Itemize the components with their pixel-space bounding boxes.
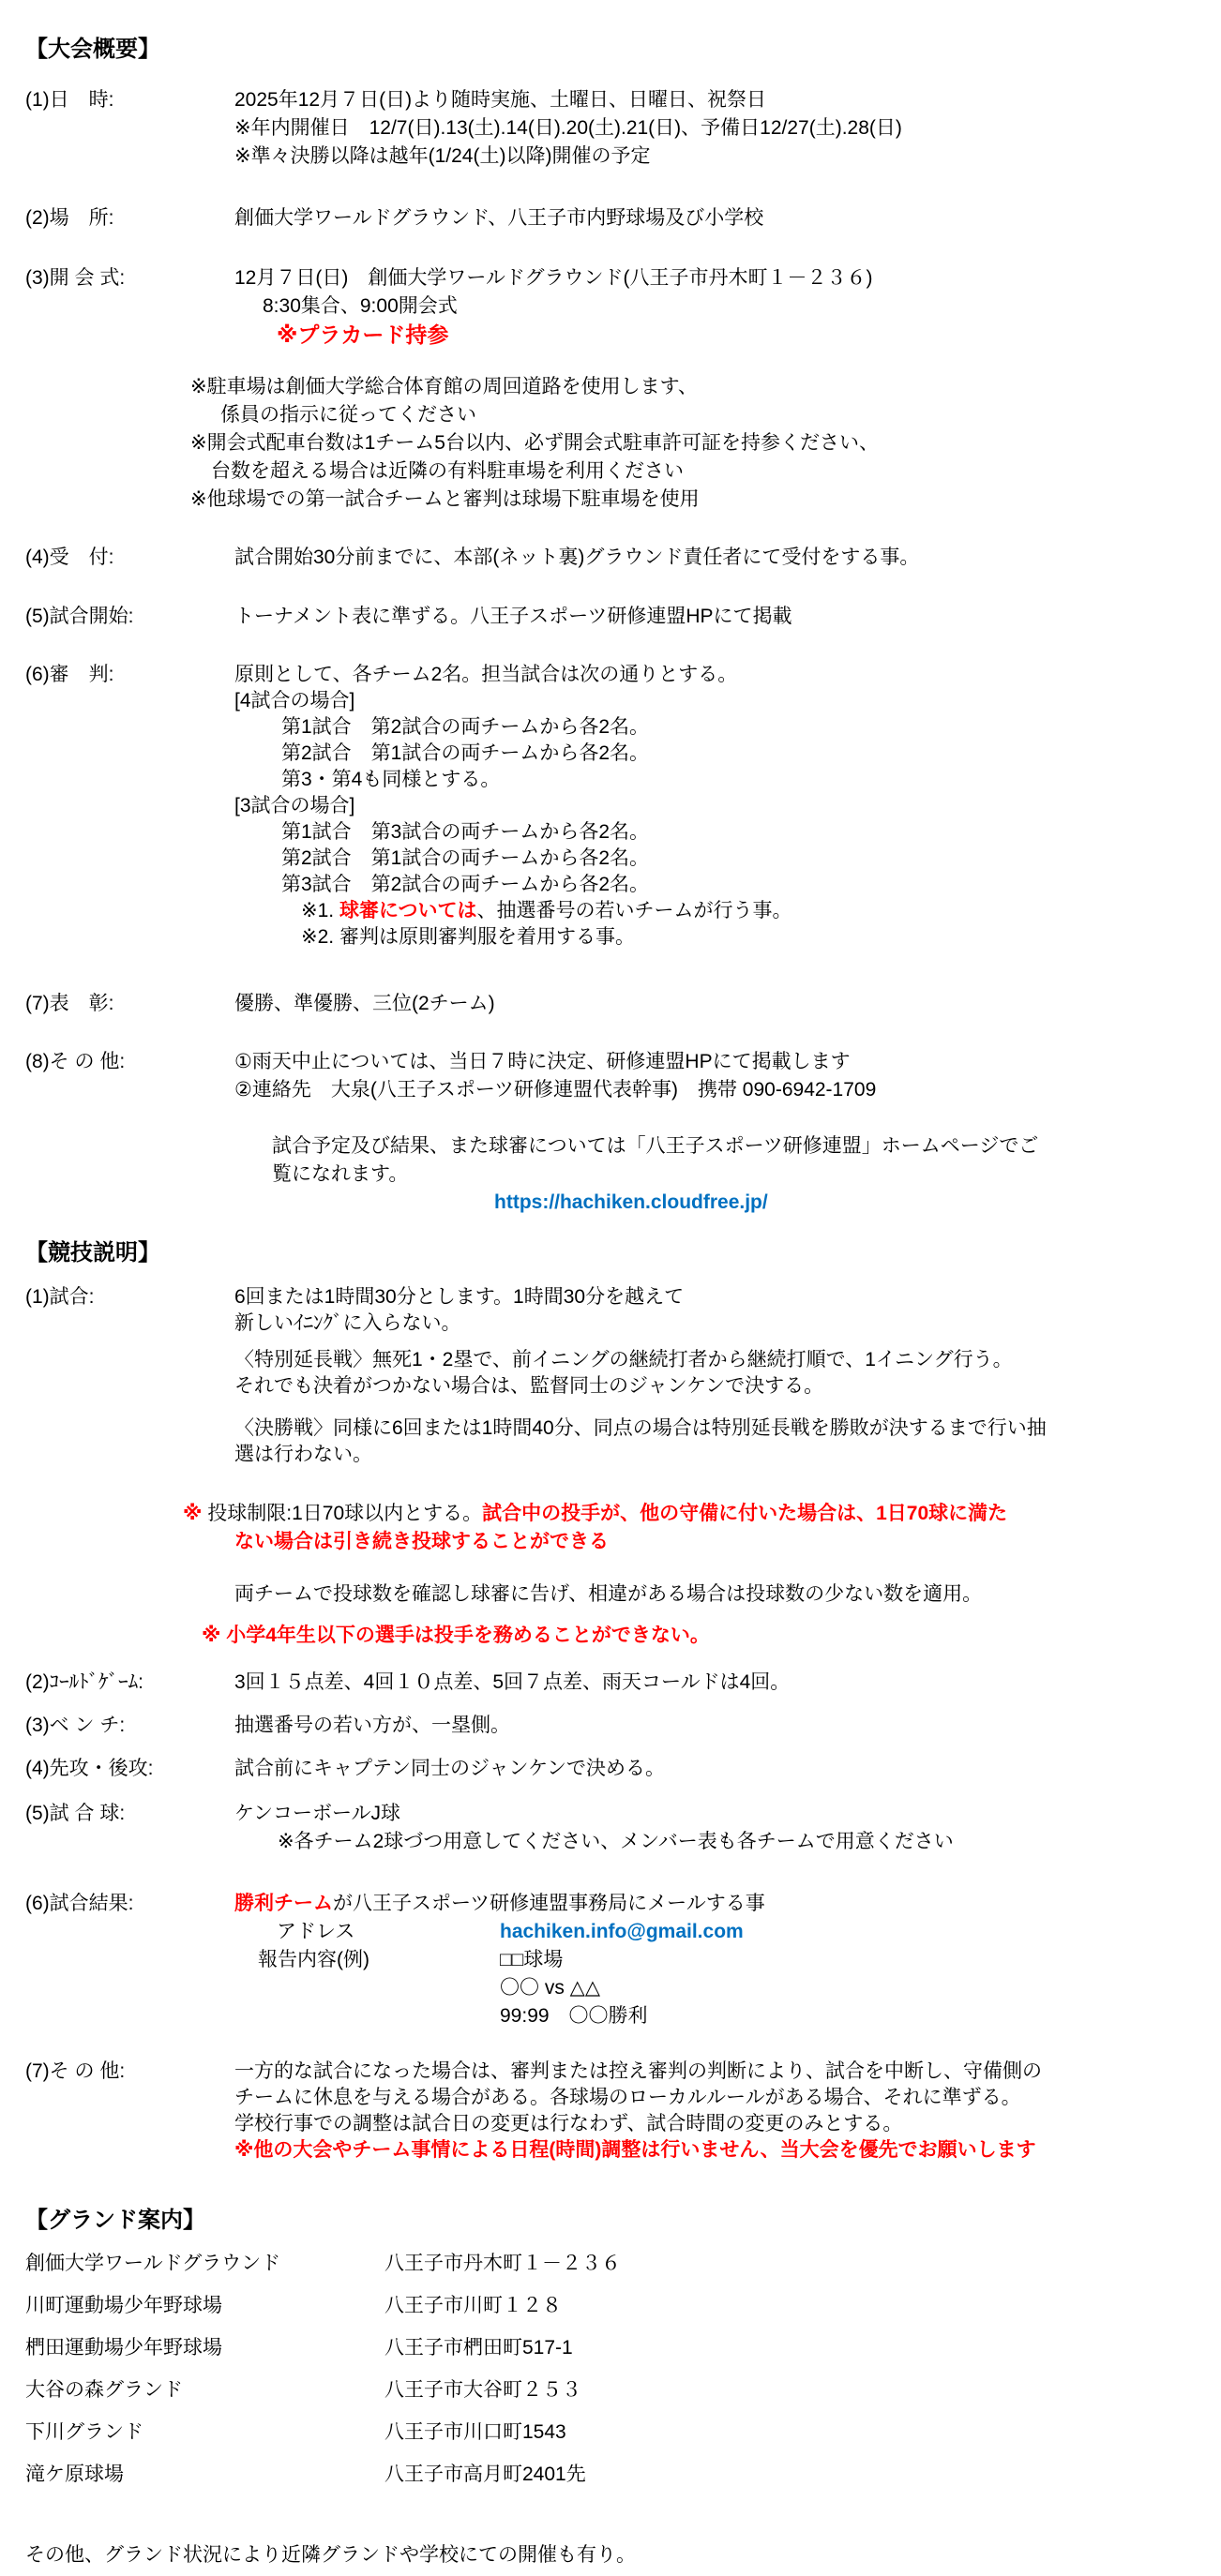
item-label: (1)日 時: xyxy=(25,86,234,171)
report-example: 99:99 〇〇勝利 xyxy=(500,2002,648,2030)
text-segment: ※1. xyxy=(301,900,339,921)
highlight-red: ※ xyxy=(183,1503,207,1524)
item-game-start: (5)試合開始: トーナメント表に準ずる。八王子スポーツ研修連盟HPにて掲載 xyxy=(25,603,1221,631)
text-line: トーナメント表に準ずる。八王子スポーツ研修連盟HPにて掲載 xyxy=(234,603,1221,631)
highlight-red: 球審については xyxy=(339,900,477,921)
highlight-red: 試合中の投手が、他の守備に付いた場合は、1日70球に満た xyxy=(482,1503,1007,1524)
text-line: それでも決着がつかない場合は、監督同士のジャンケンで決する。 xyxy=(25,1373,1221,1400)
ground-address: 八王子市川町１２８ xyxy=(384,2292,562,2320)
text-segment: が八王子スポーツ研修連盟事務局にメールする事 xyxy=(333,1893,765,1914)
text-line: [4試合の場合] xyxy=(234,688,1221,714)
text-line: ※他球場での第一試合チームと審判は球場下駐車場を使用 xyxy=(25,486,1221,514)
item-bench: (3)ベ ン チ: 抽選番号の若い方が、一塁側。 xyxy=(25,1712,1221,1740)
homepage-link[interactable]: https://hachiken.cloudfree.jp/ xyxy=(494,1191,768,1213)
young-pitcher-rule: ※ 小学4年生以下の選手は投手を務めることができない。 xyxy=(25,1622,1221,1650)
text-line: ※年内開催日 12/7(日).13(土).14(日).20(土).21(日)、予… xyxy=(234,114,1221,142)
text-line: ①雨天中止については、当日７時に決定、研修連盟HPにて掲載します xyxy=(234,1048,1221,1076)
item-label: (6)審 判: xyxy=(25,662,234,951)
text-segment: 投球制限:1日70球以内とする。 xyxy=(207,1503,482,1524)
text-line: 第2試合 第1試合の両チームから各2名。 xyxy=(234,846,1221,872)
text-line: 試合開始30分前までに、本部(ネット裏)グラウンド責任者にて受付をする事。 xyxy=(234,544,1221,572)
item-label: (5)試 合 球: xyxy=(25,1800,234,1828)
ground-name: 滝ケ原球場 xyxy=(25,2461,384,2489)
address-label: アドレス xyxy=(258,1918,500,1946)
item-called-game: (2)ｺｰﾙﾄﾞｹﾞｰﾑ: 3回１５点差、4回１０点差、5回７点差、雨天コールド… xyxy=(25,1669,1221,1697)
item-label: (2)場 所: xyxy=(25,204,234,232)
ball-note: ※各チーム2球づつ用意してください、メンバー表も各チームで用意ください xyxy=(25,1828,1221,1856)
text-line: 第3試合 第2試合の両チームから各2名。 xyxy=(234,872,1221,898)
text-line: 覧になれます。 xyxy=(25,1161,1221,1189)
text-line: 新しいｲﾆﾝｸﾞに入らない。 xyxy=(234,1310,1221,1337)
result-report-row: 99:99 〇〇勝利 xyxy=(25,2002,1221,2030)
item-opening-ceremony: (3)開 会 式: 12月７日(日) 創価大学ワールドグラウンド(八王子市丹木町… xyxy=(25,264,1221,292)
text-line: [3試合の場合] xyxy=(234,793,1221,819)
item-label: (2)ｺｰﾙﾄﾞｹﾞｰﾑ: xyxy=(25,1669,234,1697)
report-example: □□球場 xyxy=(500,1946,563,1974)
item-label: (4)受 付: xyxy=(25,544,234,572)
text-line: ※準々決勝以降は越年(1/24(土)以降)開催の予定 xyxy=(234,142,1221,171)
result-report-row: 〇〇 vs △△ xyxy=(25,1974,1221,2002)
ground-row: 下川グランド 八王子市川口町1543 xyxy=(25,2419,1221,2447)
ground-row: 大谷の森グランド 八王子市大谷町２５３ xyxy=(25,2376,1221,2404)
report-label-spacer xyxy=(258,1974,500,2002)
text-line: 第2試合 第1試合の両チームから各2名。 xyxy=(234,741,1221,767)
ground-row: 椚田運動場少年野球場 八王子市椚田町517-1 xyxy=(25,2334,1221,2362)
item-label: (8)そ の 他: xyxy=(25,1048,234,1104)
hp-paragraph: 試合予定及び結果、また球審については「八王子スポーツ研修連盟」ホームページでご … xyxy=(25,1132,1221,1189)
ground-name: 椚田運動場少年野球場 xyxy=(25,2334,384,2362)
extra-inning-note: 〈特別延長戦〉無死1・2塁で、前イニングの継続打者から継続打順で、1イニング行う… xyxy=(25,1347,1221,1400)
text-line: 学校行事での調整は試合日の変更は行なわず、試合時間の変更のみとする。 xyxy=(234,2111,1221,2137)
text-line: 試合前にキャプテン同士のジャンケンで決める。 xyxy=(234,1755,1221,1783)
item-label: (1)試合: xyxy=(25,1284,234,1337)
text-line: 12月７日(日) 創価大学ワールドグラウンド(八王子市丹木町１－２３６) xyxy=(234,264,1221,292)
item-label: (6)試合結果: xyxy=(25,1890,234,1918)
text-line: 一方的な試合になった場合は、審判または控え審判の判断により、試合を中断し、守備側… xyxy=(234,2059,1221,2085)
result-report-row: 報告内容(例) □□球場 xyxy=(25,1946,1221,1974)
report-example: 〇〇 vs △△ xyxy=(500,1974,600,2002)
text-line: 選は行わない。 xyxy=(25,1442,1221,1468)
item-label: (4)先攻・後攻: xyxy=(25,1755,234,1783)
text-line: ケンコーボールJ球 xyxy=(234,1800,1221,1828)
ground-address: 八王子市大谷町２５３ xyxy=(384,2376,581,2404)
item-game-result: (6)試合結果: 勝利チームが八王子スポーツ研修連盟事務局にメールする事 xyxy=(25,1890,1221,1918)
item-label: (3)開 会 式: xyxy=(25,264,234,292)
final-game-note: 〈決勝戦〉同様に6回または1時間40分、同点の場合は特別延長戦を勝敗が決するまで… xyxy=(25,1415,1221,1468)
grounds-footer-note: その他、グランド状況により近隣グランドや学校にての開催も有り。 xyxy=(25,2541,1221,2569)
text-line: 優勝、準優勝、三位(2チーム) xyxy=(234,990,1221,1018)
ground-address: 八王子市高月町2401先 xyxy=(384,2461,586,2489)
text-line: 3回１５点差、4回１０点差、5回７点差、雨天コールドは4回。 xyxy=(234,1669,1221,1697)
report-label-spacer xyxy=(258,2002,500,2030)
text-line: 6回または1時間30分とします。1時間30分を越えて xyxy=(234,1284,1221,1310)
item-datetime: (1)日 時: 2025年12月７日(日)より随時実施、土曜日、日曜日、祝祭日 … xyxy=(25,86,1221,171)
text-line: 抽選番号の若い方が、一塁側。 xyxy=(234,1712,1221,1740)
text-line: チームに休息を与える場合がある。各球場のローカルルールがある場合、それに準ずる。 xyxy=(234,2085,1221,2111)
item-place: (2)場 所: 創価大学ワールドグラウンド、八王子市内野球場及び小学校 xyxy=(25,204,1221,232)
text-line: 第3・第4も同様とする。 xyxy=(234,767,1221,793)
pitch-limit-line: ※ 投球制限:1日70球以内とする。試合中の投手が、他の守備に付いた場合は、1日… xyxy=(183,1500,1221,1528)
item-label: (3)ベ ン チ: xyxy=(25,1712,234,1740)
text-line: 〈決勝戦〉同様に6回または1時間40分、同点の場合は特別延長戦を勝敗が決するまで… xyxy=(25,1415,1221,1442)
text-segment: 、抽選番号の若いチームが行う事。 xyxy=(477,900,792,921)
text-line: 〈特別延長戦〉無死1・2塁で、前イニングの継続打者から継続打順で、1イニング行う… xyxy=(25,1347,1221,1373)
result-main-line: 勝利チームが八王子スポーツ研修連盟事務局にメールする事 xyxy=(234,1890,1221,1918)
email-link[interactable]: hachiken.info@gmail.com xyxy=(500,1918,744,1946)
text-line: 創価大学ワールドグラウンド、八王子市内野球場及び小学校 xyxy=(234,204,1221,232)
highlight-red: 勝利チーム xyxy=(234,1893,333,1914)
ground-address: 八王子市椚田町517-1 xyxy=(384,2334,573,2362)
text-line: 2025年12月７日(日)より随時実施、土曜日、日曜日、祝祭日 xyxy=(234,86,1221,114)
pitch-limit-note: ※ 投球制限:1日70球以内とする。試合中の投手が、他の守備に付いた場合は、1日… xyxy=(25,1500,1221,1556)
grounds-list: 創価大学ワールドグラウンド 八王子市丹木町１－２３６ 川町運動場少年野球場 八王… xyxy=(25,2250,1221,2489)
item-rules-others: (7)そ の 他: 一方的な試合になった場合は、審判または控え審判の判断により、… xyxy=(25,2059,1221,2164)
overview-heading: 【大会概要】 xyxy=(25,34,1221,66)
report-label: 報告内容(例) xyxy=(258,1946,500,1974)
grounds-heading: 【グランド案内】 xyxy=(25,2205,1221,2237)
text-line: 第1試合 第2試合の両チームから各2名。 xyxy=(234,714,1221,741)
schedule-priority-warning: ※他の大会やチーム事情による日程(時間)調整は行いません、当大会を優先でお願いし… xyxy=(234,2137,1221,2164)
ground-name: 創価大学ワールドグラウンド xyxy=(25,2250,384,2278)
text-line: 第1試合 第3試合の両チームから各2名。 xyxy=(234,819,1221,846)
ground-row: 創価大学ワールドグラウンド 八王子市丹木町１－２３６ xyxy=(25,2250,1221,2278)
text-line: 係員の指示に従ってください xyxy=(25,401,1221,429)
rules-heading: 【競技説明】 xyxy=(25,1237,1221,1269)
ground-row: 川町運動場少年野球場 八王子市川町１２８ xyxy=(25,2292,1221,2320)
ground-name: 下川グランド xyxy=(25,2419,384,2447)
text-line: 台数を超える場合は近隣の有料駐車場を利用ください xyxy=(25,457,1221,486)
parking-notes: ※駐車場は創価大学総合体育館の周回道路を使用します、 係員の指示に従ってください… xyxy=(25,373,1221,514)
text-line: ※駐車場は創価大学総合体育館の周回道路を使用します、 xyxy=(25,373,1221,401)
placard-warning: ※プラカード持参 xyxy=(25,321,1221,349)
pitch-count-confirm: 両チームで投球数を確認し球審に告げ、相違がある場合は投球数の少ない数を適用。 xyxy=(25,1580,1221,1609)
ground-address: 八王子市川口町1543 xyxy=(384,2419,566,2447)
homepage-link-row: https://hachiken.cloudfree.jp/ xyxy=(25,1189,1221,1217)
item-label: (7)表 彰: xyxy=(25,990,234,1018)
text-line: 原則として、各チーム2名。担当試合は次の通りとする。 xyxy=(234,662,1221,688)
item-game-ball: (5)試 合 球: ケンコーボールJ球 xyxy=(25,1800,1221,1828)
ground-address: 八王子市丹木町１－２３６ xyxy=(384,2250,621,2278)
ground-name: 川町運動場少年野球場 xyxy=(25,2292,384,2320)
document: 【大会概要】 (1)日 時: 2025年12月７日(日)より随時実施、土曜日、日… xyxy=(0,0,1221,2569)
text-line: ※開会式配車台数は1チーム5台以内、必ず開会式駐車許可証を持参ください、 xyxy=(25,429,1221,457)
item-game: (1)試合: 6回または1時間30分とします。1時間30分を越えて 新しいｲﾆﾝ… xyxy=(25,1284,1221,1337)
item-batting-order: (4)先攻・後攻: 試合前にキャプテン同士のジャンケンで決める。 xyxy=(25,1755,1221,1783)
item-label: (7)そ の 他: xyxy=(25,2059,234,2164)
item-label: (5)試合開始: xyxy=(25,603,234,631)
text-line: 8:30集合、9:00開会式 xyxy=(25,292,1221,321)
text-line: ②連絡先 大泉(八王子スポーツ研修連盟代表幹事) 携帯 090-6942-170… xyxy=(234,1076,1221,1104)
text-line: 試合予定及び結果、また球審については「八王子スポーツ研修連盟」ホームページでご xyxy=(25,1132,1221,1161)
pitch-limit-line: ない場合は引き続き投球することができる xyxy=(183,1528,1221,1556)
item-reception: (4)受 付: 試合開始30分前までに、本部(ネット裏)グラウンド責任者にて受付… xyxy=(25,544,1221,572)
umpire-note-2: ※2. 審判は原則審判服を着用する事。 xyxy=(234,924,1221,951)
umpire-note-1: ※1. 球審については、抽選番号の若いチームが行う事。 xyxy=(234,898,1221,924)
ground-name: 大谷の森グランド xyxy=(25,2376,384,2404)
item-others: (8)そ の 他: ①雨天中止については、当日７時に決定、研修連盟HPにて掲載し… xyxy=(25,1048,1221,1104)
result-address-row: アドレス hachiken.info@gmail.com xyxy=(25,1918,1221,1946)
item-umpires: (6)審 判: 原則として、各チーム2名。担当試合は次の通りとする。 [4試合の… xyxy=(25,662,1221,951)
ground-row: 滝ケ原球場 八王子市高月町2401先 xyxy=(25,2461,1221,2489)
item-awards: (7)表 彰: 優勝、準優勝、三位(2チーム) xyxy=(25,990,1221,1018)
